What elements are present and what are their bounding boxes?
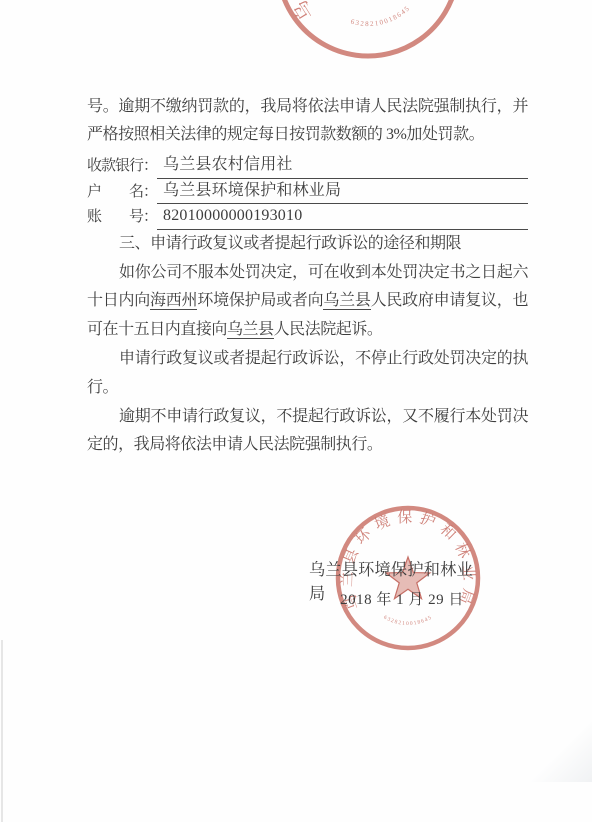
seal-code: 6328210018645 xyxy=(348,3,414,34)
seal-code: 6328210018645 xyxy=(382,615,433,627)
bank-field-label: 收款银行： xyxy=(87,154,157,179)
bank-row: 户名： 乌兰县环境保护和林业局 xyxy=(87,179,528,205)
bank-field-value: 乌兰县农村信用社 xyxy=(157,153,528,179)
body-line: 逾期不申请行政复议，不提起行政诉讼，又不履行本处罚决 xyxy=(87,403,528,432)
seal-ring xyxy=(259,0,477,75)
body-line: 申请行政复议或者提起行政诉讼，不停止行政处罚决定的执 xyxy=(87,345,528,374)
bank-field-label: 账号： xyxy=(87,205,157,230)
bank-field-value: 乌兰县环境保护和林业局 xyxy=(157,179,528,205)
bank-field-value: 82010000000193010 xyxy=(157,204,528,230)
bank-field-label: 户名： xyxy=(87,180,157,205)
svg-text:6328210018645: 6328210018645 xyxy=(382,615,433,627)
section-heading: 三、申请行政复议或者提起行政诉讼的途径和期限 xyxy=(87,230,528,259)
body-line: 可在十五日内直接向乌兰县人民法院起诉。 xyxy=(87,316,528,345)
signature-date: 2018 年 1 月 29 日 xyxy=(339,588,465,609)
bank-row: 收款银行： 乌兰县农村信用社 xyxy=(87,153,528,179)
underlined-name: 海西州 xyxy=(150,292,197,310)
body-line: 号。逾期不缴纳罚款的，我局将依法申请人民法院强制执行，并 xyxy=(87,93,528,122)
body-line: 如你公司不服本处罚决定，可在收到本处罚决定书之日起六 xyxy=(87,259,528,288)
body-line: 行。 xyxy=(87,374,528,403)
document-body: 号。逾期不缴纳罚款的，我局将依法申请人民法院强制执行，并 严格按照相关法律的规定… xyxy=(87,93,528,461)
svg-text:6328210018645: 6328210018645 xyxy=(348,3,414,34)
bank-row: 账号： 82010000000193010 xyxy=(87,204,528,230)
scan-artifact xyxy=(522,692,592,782)
body-line: 定的，我局将依法申请人民法院强制执行。 xyxy=(87,431,528,460)
scanned-document-page: 乌兰县环境保护和林业局 6328210018645 号。逾期不缴纳罚款的，我局将… xyxy=(0,0,592,822)
underlined-name: 乌兰县 xyxy=(227,321,274,339)
body-line: 十日内向海西州环境保护局或者向乌兰县人民政府申请复议，也 xyxy=(87,287,528,316)
underlined-name: 乌兰县 xyxy=(323,292,370,310)
body-line: 严格按照相关法律的规定每日按罚款数额的 3%加处罚款。 xyxy=(87,121,528,150)
bank-info: 收款银行： 乌兰县农村信用社 户名： 乌兰县环境保护和林业局 账号： 82010… xyxy=(87,153,528,230)
official-seal-partial: 乌兰县环境保护和林业局 6328210018645 xyxy=(247,0,489,87)
scan-artifact xyxy=(1,640,3,822)
